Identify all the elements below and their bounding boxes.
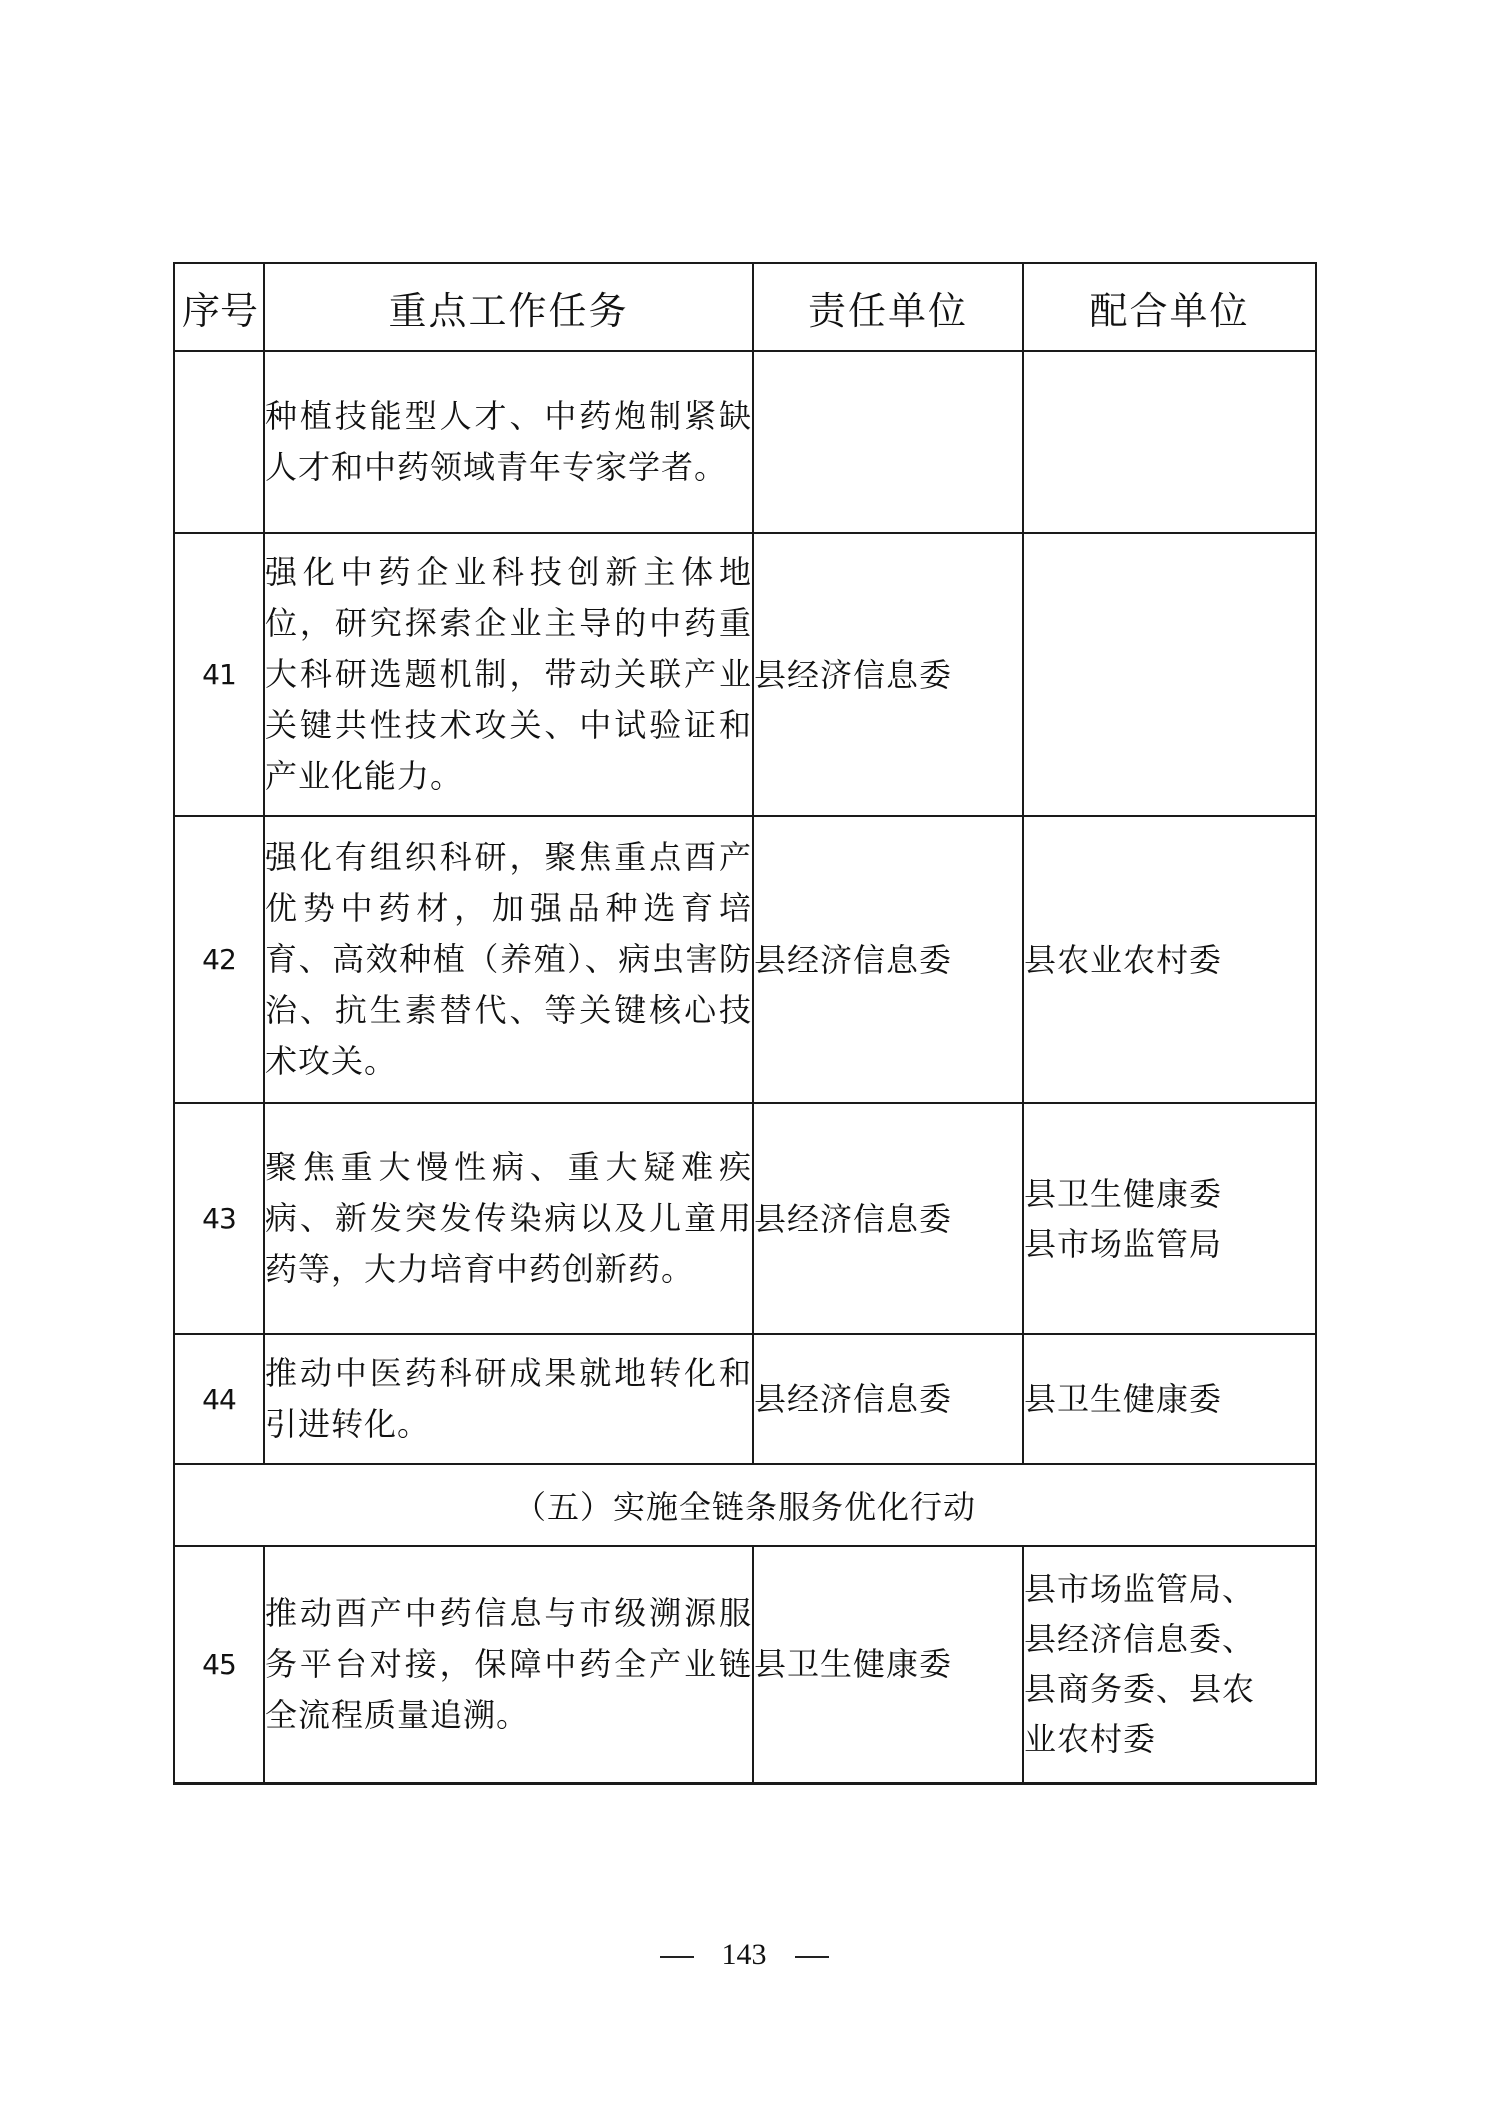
table-row: 41 强化中药企业科技创新主体地位，研究探索企业主导的中药重大科研选题机制，带动… [174,533,1316,816]
row-task: 推动中医药科研成果就地转化和引进转化。 [264,1334,753,1464]
dash-right-decoration [795,1956,829,1958]
row-number: 44 [174,1334,264,1464]
row-number: 43 [174,1103,264,1334]
header-cooperating-unit: 配合单位 [1023,263,1316,351]
row-number [174,351,264,533]
row-task: 强化有组织科研，聚焦重点酉产优势中药材，加强品种选育培育、高效种植（养殖）、病虫… [264,816,753,1103]
row-number: 42 [174,816,264,1103]
row-responsible: 县经济信息委 [753,816,1023,1103]
table-row: 种植技能型人才、中药炮制紧缺人才和中药领域青年专家学者。 [174,351,1316,533]
cooperating-unit: 县市场监管局 [1024,1219,1315,1269]
table-row: 45 推动酉产中药信息与市级溯源服务平台对接，保障中药全产业链全流程质量追溯。 … [174,1546,1316,1783]
table-header-row: 序号 重点工作任务 责任单位 配合单位 [174,263,1316,351]
row-responsible: 县经济信息委 [753,1103,1023,1334]
row-task: 推动酉产中药信息与市级溯源服务平台对接，保障中药全产业链全流程质量追溯。 [264,1546,753,1783]
row-cooperating: 县市场监管局、 县经济信息委、 县商务委、县农 业农村委 [1023,1546,1316,1783]
section-row: （五）实施全链条服务优化行动 [174,1464,1316,1546]
page-footer: 143 [0,1938,1488,1972]
cooperating-unit: 县农业农村委 [1024,935,1315,985]
row-responsible [753,351,1023,533]
row-task: 强化中药企业科技创新主体地位，研究探索企业主导的中药重大科研选题机制，带动关联产… [264,533,753,816]
row-cooperating: 县卫生健康委 [1023,1334,1316,1464]
dash-left-decoration [660,1956,694,1958]
header-serial-number: 序号 [174,263,264,351]
cooperating-unit: 县经济信息委、 [1024,1614,1315,1664]
row-cooperating [1023,533,1316,816]
document-page: 序号 重点工作任务 责任单位 配合单位 种植技能型人才、中药炮制紧缺人才和中药领… [0,0,1488,2105]
cooperating-unit: 县卫生健康委 [1024,1374,1315,1424]
row-cooperating: 县农业农村委 [1023,816,1316,1103]
row-task: 聚焦重大慢性病、重大疑难疾病、新发突发传染病以及儿童用药等，大力培育中药创新药。 [264,1103,753,1334]
page-number: 143 [722,1938,767,1971]
header-responsible-unit: 责任单位 [753,263,1023,351]
header-key-task: 重点工作任务 [264,263,753,351]
row-responsible: 县卫生健康委 [753,1546,1023,1783]
row-number: 41 [174,533,264,816]
row-number: 45 [174,1546,264,1783]
cooperating-unit: 县市场监管局、 [1024,1564,1315,1614]
section-title: （五）实施全链条服务优化行动 [174,1464,1316,1546]
table-row: 44 推动中医药科研成果就地转化和引进转化。 县经济信息委 县卫生健康委 [174,1334,1316,1464]
row-cooperating: 县卫生健康委 县市场监管局 [1023,1103,1316,1334]
cooperating-unit: 业农村委 [1024,1714,1315,1764]
row-responsible: 县经济信息委 [753,1334,1023,1464]
cooperating-unit: 县卫生健康委 [1024,1169,1315,1219]
row-responsible: 县经济信息委 [753,533,1023,816]
table-row: 42 强化有组织科研，聚焦重点酉产优势中药材，加强品种选育培育、高效种植（养殖）… [174,816,1316,1103]
table-row: 43 聚焦重大慢性病、重大疑难疾病、新发突发传染病以及儿童用药等，大力培育中药创… [174,1103,1316,1334]
row-cooperating [1023,351,1316,533]
key-tasks-table: 序号 重点工作任务 责任单位 配合单位 种植技能型人才、中药炮制紧缺人才和中药领… [173,262,1317,1785]
cooperating-unit: 县商务委、县农 [1024,1664,1315,1714]
row-task: 种植技能型人才、中药炮制紧缺人才和中药领域青年专家学者。 [264,351,753,533]
